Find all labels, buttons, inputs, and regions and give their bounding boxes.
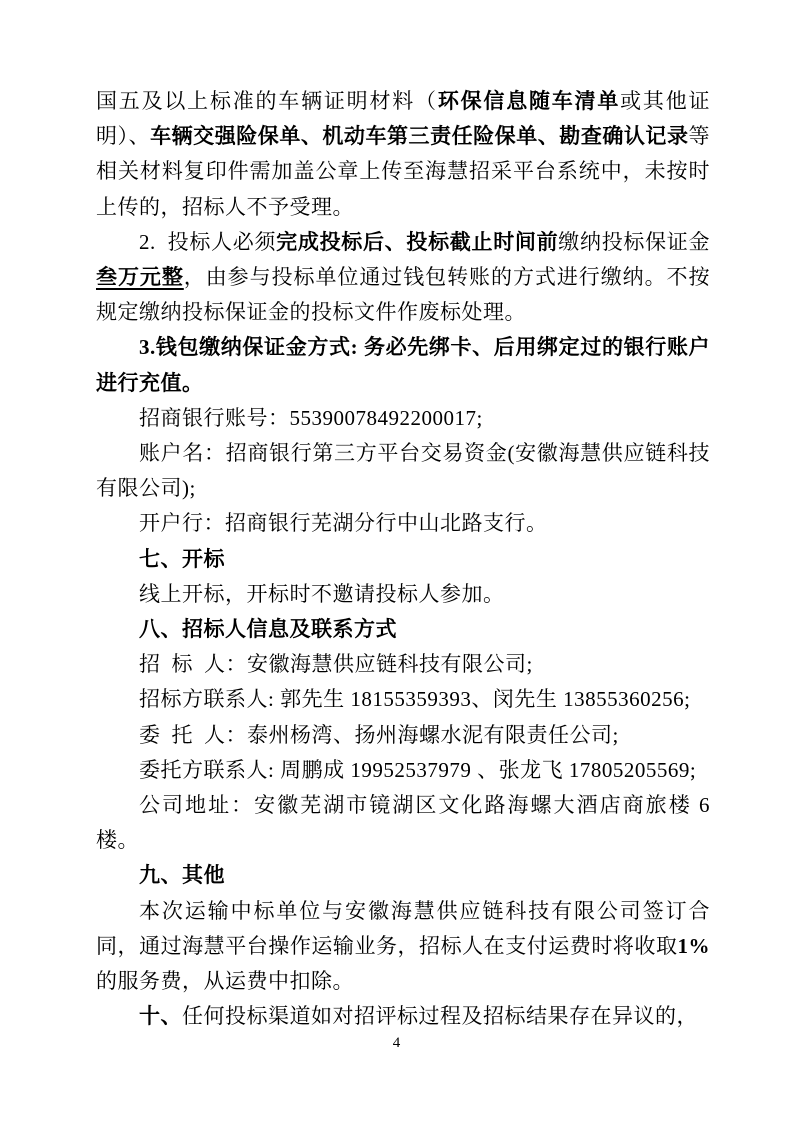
paragraph: 十、任何投标渠道如对招评标过程及招标结果存在异议的， (96, 999, 710, 1034)
section-heading: 八、招标人信息及联系方式 (96, 612, 710, 647)
text-run: 线上开标，开标时不邀请投标人参加。 (139, 582, 505, 606)
paragraph: 招标方联系人: 郭先生 18155359393、闵先生 13855360256; (96, 682, 710, 717)
text-run: 叁万元整 (96, 265, 184, 289)
paragraph: 账户名：招商银行第三方平台交易资金(安徽海慧供应链科技有限公司); (96, 436, 710, 506)
paragraph: 委托方联系人: 周鹏成 19952537979 、张龙飞 17805205569… (96, 753, 710, 788)
text-run: 3.钱包缴纳保证金方式: 务必先绑卡、后用绑定过的银行账户进行充值。 (96, 335, 710, 394)
text-run: 本次运输中标单位与安徽海慧供应链科技有限公司签订合同，通过海慧平台操作运输业务，… (96, 899, 710, 958)
text-run: 招 标 人：安徽海慧供应链科技有限公司; (139, 652, 533, 676)
document-page: 国五及以上标准的车辆证明材料（环保信息随车清单或其他证明）、车辆交强险保单、机动… (0, 0, 793, 1122)
text-run: 账户名：招商银行第三方平台交易资金(安徽海慧供应链科技有限公司); (96, 441, 710, 500)
section-heading: 七、开标 (96, 542, 710, 577)
text-run: ，由参与投标单位通过钱包转账的方式进行缴纳。不按规定缴纳投标保证金的投标文件作废… (96, 265, 710, 324)
text-run: 八、招标人信息及联系方式 (139, 617, 397, 641)
text-run: 招标方联系人: 郭先生 18155359393、闵先生 13855360256; (139, 687, 690, 711)
paragraph: 招 标 人：安徽海慧供应链科技有限公司; (96, 647, 710, 682)
text-run: 九、其他 (139, 863, 225, 887)
paragraph: 招商银行账号：55390078492200017; (96, 401, 710, 436)
text-run: 1% (678, 934, 711, 958)
paragraph: 公司地址：安徽芜湖市镜湖区文化路海螺大酒店商旅楼 6 楼。 (96, 788, 710, 858)
paragraph: 开户行：招商银行芜湖分行中山北路支行。 (96, 506, 710, 541)
text-run: 委托方联系人: 周鹏成 19952537979 、张龙飞 17805205569… (139, 758, 696, 782)
text-run: 缴纳投标保证金 (558, 230, 710, 254)
text-run: 的服务费，从运费中扣除。 (96, 969, 354, 993)
text-run: 开户行：招商银行芜湖分行中山北路支行。 (139, 511, 548, 535)
paragraph: 委 托 人：泰州杨湾、扬州海螺水泥有限责任公司; (96, 718, 710, 753)
text-run: 2. 投标人必须 (139, 230, 276, 254)
text-run: 车辆交强险保单、机动车第三责任险保单、勘查确认记录 (150, 124, 688, 148)
section-heading: 九、其他 (96, 858, 710, 893)
text-run: 公司地址：安徽芜湖市镜湖区文化路海螺大酒店商旅楼 6 楼。 (96, 793, 710, 852)
paragraph: 3.钱包缴纳保证金方式: 务必先绑卡、后用绑定过的银行账户进行充值。 (96, 330, 710, 400)
text-run: 完成投标后、投标截止时间前 (276, 230, 558, 254)
text-run: 任何投标渠道如对招评标过程及招标结果存在异议的， (182, 1004, 698, 1028)
text-run: 委 托 人：泰州杨湾、扬州海螺水泥有限责任公司; (139, 723, 619, 747)
page-number: 4 (0, 1034, 793, 1052)
text-run: 环保信息随车清单 (438, 89, 620, 113)
paragraph: 国五及以上标准的车辆证明材料（环保信息随车清单或其他证明）、车辆交强险保单、机动… (96, 84, 710, 225)
text-run: 招商银行账号：55390078492200017; (139, 406, 483, 430)
text-run: 七、开标 (139, 547, 225, 571)
text-run: 十、 (139, 1004, 182, 1028)
text-run: 国五及以上标准的车辆证明材料（ (96, 89, 438, 113)
paragraph: 2. 投标人必须完成投标后、投标截止时间前缴纳投标保证金叁万元整，由参与投标单位… (96, 225, 710, 331)
document-body: 国五及以上标准的车辆证明材料（环保信息随车清单或其他证明）、车辆交强险保单、机动… (96, 84, 710, 1034)
paragraph: 线上开标，开标时不邀请投标人参加。 (96, 577, 710, 612)
paragraph: 本次运输中标单位与安徽海慧供应链科技有限公司签订合同，通过海慧平台操作运输业务，… (96, 894, 710, 1000)
